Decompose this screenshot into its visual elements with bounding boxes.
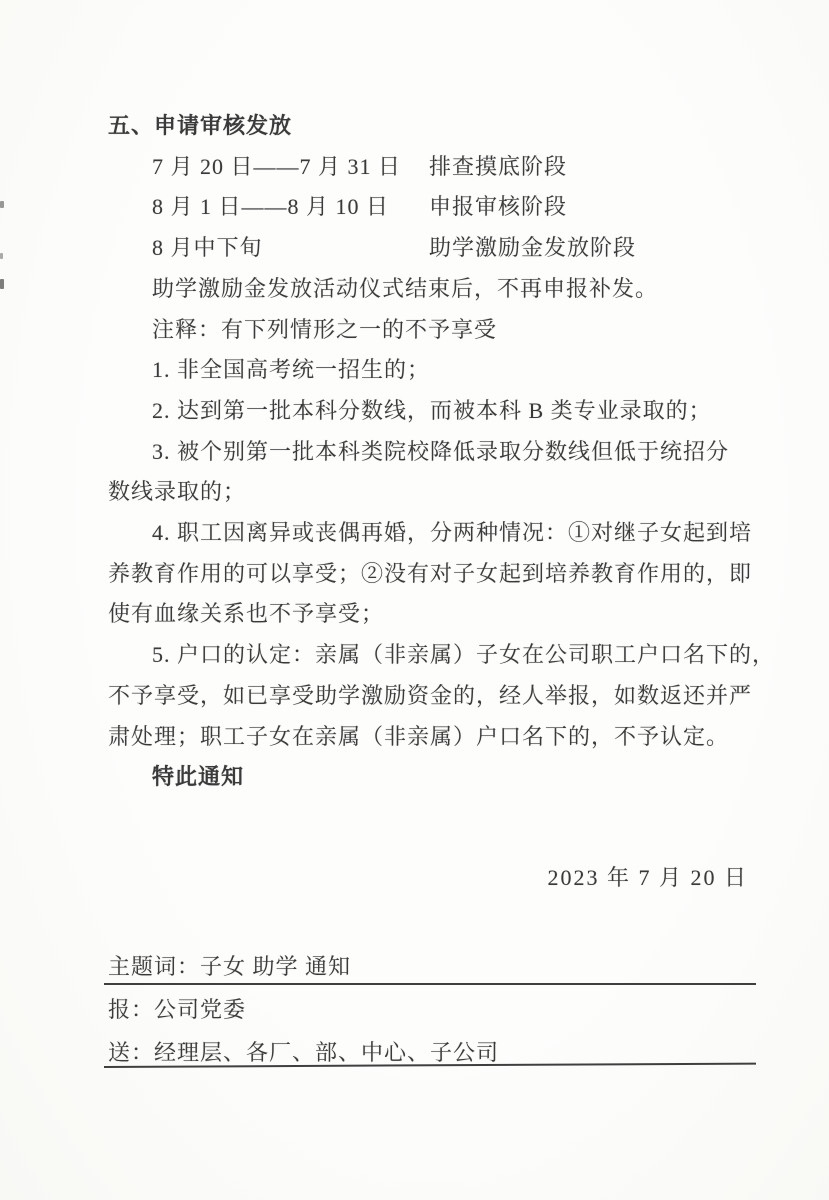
distribution-row: 报：公司党委	[108, 988, 748, 1031]
body-text-line: 2. 达到第一批本科分数线，而被本科 B 类专业录取的；	[108, 391, 750, 432]
schedule-period: 8 月中下旬	[152, 228, 429, 269]
body-text-line: 不予享受，如已享受助学激励资金的，经人举报，如数返还并严	[108, 676, 750, 717]
body-paragraph-lines: 助学激励金发放活动仪式结束后，不再申报补发。 注释：有下列情形之一的不予享受 1…	[108, 269, 750, 757]
body-text-line: 数线录取的；	[108, 472, 750, 513]
distribution-row: 主题词：子女 助学 通知	[108, 945, 748, 988]
body-text-line: 注释：有下列情形之一的不予享受	[108, 310, 750, 351]
body-text-line: 3. 被个别第一批本科类院校降低录取分数线但低于统招分	[108, 432, 750, 473]
schedule-period: 7 月 20 日——7 月 31 日	[152, 147, 429, 188]
body-text-line: 助学激励金发放活动仪式结束后，不再申报补发。	[108, 269, 750, 310]
section-heading: 五、申请审核发放	[108, 106, 750, 147]
scan-artifact	[0, 279, 4, 289]
schedule-phase: 申报审核阶段	[429, 187, 750, 228]
distribution-row: 送：经理层、各厂、部、中心、子公司	[108, 1031, 748, 1074]
body-text-line: 肃处理；职工子女在亲属（非亲属）户口名下的，不予认定。	[108, 717, 750, 758]
body-text-line: 4. 职工因离异或丧偶再婚，分两种情况：①对继子女起到培	[108, 513, 750, 554]
issue-date: 2023 年 7 月 20 日	[108, 862, 764, 894]
distribution-value: 子女 助学 通知	[200, 954, 351, 979]
closing-statement: 特此通知	[108, 757, 750, 798]
body-text-line: 5. 户口的认定：亲属（非亲属）子女在公司职工户口名下的，	[108, 635, 750, 676]
schedule-row: 8 月 1 日——8 月 10 日 申报审核阶段	[108, 187, 750, 228]
notice-body: 五、申请审核发放 7 月 20 日——7 月 31 日 排查摸底阶段 8 月 1…	[108, 106, 750, 798]
schedule-phase: 助学激励金发放阶段	[429, 228, 750, 269]
scan-artifact	[0, 201, 4, 208]
schedule-row: 7 月 20 日——7 月 31 日 排查摸底阶段	[108, 147, 750, 188]
body-text-line: 1. 非全国高考统一招生的；	[108, 350, 750, 391]
scan-artifact	[0, 253, 3, 259]
distribution-label: 送：	[108, 1040, 154, 1065]
scanned-notice-page: 五、申请审核发放 7 月 20 日——7 月 31 日 排查摸底阶段 8 月 1…	[0, 0, 829, 1200]
distribution-block: 主题词：子女 助学 通知 报：公司党委 送：经理层、各厂、部、中心、子公司	[108, 945, 748, 1074]
schedule-list: 7 月 20 日——7 月 31 日 排查摸底阶段 8 月 1 日——8 月 1…	[108, 147, 750, 269]
schedule-period: 8 月 1 日——8 月 10 日	[152, 187, 429, 228]
distribution-value: 公司党委	[154, 997, 246, 1022]
body-text-line: 使有血缘关系也不予享受；	[108, 594, 750, 635]
distribution-value: 经理层、各厂、部、中心、子公司	[154, 1040, 499, 1065]
distribution-label: 报：	[108, 997, 154, 1022]
body-text-line: 养教育作用的可以享受；②没有对子女起到培养教育作用的，即	[108, 554, 750, 595]
schedule-phase: 排查摸底阶段	[429, 147, 750, 188]
distribution-label: 主题词：	[108, 954, 200, 979]
schedule-row: 8 月中下旬 助学激励金发放阶段	[108, 228, 750, 269]
